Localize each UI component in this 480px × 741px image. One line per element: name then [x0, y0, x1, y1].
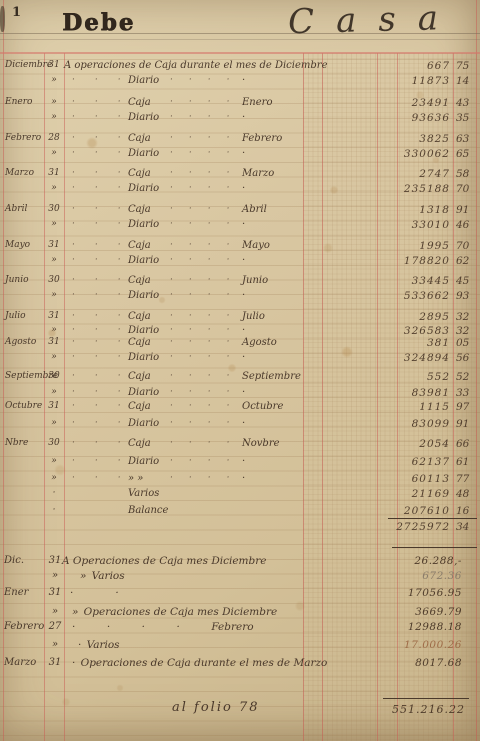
- description-cell: · Operaciones de Caja durante el mes de …: [72, 657, 387, 669]
- day-cell: »: [45, 148, 63, 158]
- day-cell: 31: [45, 240, 63, 250]
- ledger-row: ·Balance20761016: [0, 505, 480, 519]
- day-cell: ·: [45, 505, 63, 515]
- amount-cell: 3825: [383, 133, 450, 145]
- cents-cell: 32: [456, 325, 476, 337]
- ditto-marks: ····: [170, 352, 245, 362]
- ledger-row: »···Diario·····8398133: [0, 387, 480, 401]
- cents-cell: 58: [456, 168, 476, 180]
- month-cell: Junio: [5, 275, 49, 285]
- amount-cell: 17.000.26: [377, 639, 462, 651]
- day-cell: »: [45, 219, 63, 229]
- entry-keyword: Caja: [128, 337, 151, 348]
- ditto-marks: ····: [170, 325, 245, 335]
- ledger-page: 1 Debe Casa Diciembre31A operaciones de …: [0, 0, 480, 741]
- month-cell: Julio: [5, 311, 49, 321]
- cents-cell: 93: [456, 290, 476, 302]
- entry-keyword: Diario: [128, 325, 159, 336]
- amount-cell: 533662: [383, 290, 450, 302]
- month-reference: ·: [242, 112, 245, 123]
- cents-cell: 32: [456, 311, 476, 323]
- day-cell: 28: [45, 133, 63, 143]
- cents-cell: 43: [456, 97, 476, 109]
- day-cell: 30: [45, 438, 63, 448]
- entry-keyword: Caja: [128, 311, 151, 322]
- description-cell: A Operaciones de Caja mes Diciembre: [62, 555, 377, 567]
- entry-keyword: Varios: [128, 488, 159, 499]
- amount-cell: 33445: [383, 275, 450, 287]
- day-cell: ·: [45, 488, 63, 498]
- entry-keyword: Diario: [128, 255, 159, 266]
- entry-keyword: Caja: [128, 438, 151, 449]
- ledger-row: »···Diario·····33006265: [0, 148, 480, 162]
- amount-cell: 2054: [383, 438, 450, 450]
- cents-cell: 46: [456, 219, 476, 231]
- ledger-row: »···Diario·····3301046: [0, 219, 480, 233]
- cents-cell: 16: [456, 505, 476, 517]
- entry-keyword: Caja: [128, 204, 151, 215]
- cents-cell: 75: [456, 60, 476, 72]
- amount-cell: 17056.95: [377, 587, 462, 599]
- amount-cell: 1115: [383, 401, 450, 413]
- entry-keyword: Caja: [128, 133, 151, 144]
- day-cell: »: [45, 290, 63, 300]
- day-cell: »: [45, 255, 63, 265]
- day-cell: »: [45, 325, 63, 335]
- amount-cell: 8017.68: [377, 657, 462, 669]
- month-cell: Ener: [4, 587, 48, 598]
- month-reference: Mayo: [242, 240, 270, 251]
- ledger-row: Enero»···Caja····Enero2349143: [0, 97, 480, 111]
- total-row: 2725972 34: [0, 521, 480, 535]
- ledger-row: Junio30···Caja····Junio3344545: [0, 275, 480, 289]
- month-reference: Septiembre: [242, 371, 301, 382]
- description-cell: · Varios: [78, 639, 393, 651]
- ditto-marks: ····: [170, 290, 245, 300]
- cents-cell: 77: [456, 473, 476, 485]
- entry-keyword: Caja: [128, 371, 151, 382]
- account-name: Casa: [288, 0, 461, 42]
- day-cell: »: [46, 639, 64, 650]
- entry-keyword: Caja: [128, 275, 151, 286]
- cents-cell: 97: [456, 401, 476, 413]
- entry-keyword: Diario: [128, 456, 159, 467]
- ditto-marks: ····: [170, 456, 245, 466]
- description-cell: · ·: [70, 587, 385, 599]
- page-number: 1: [12, 5, 21, 20]
- day-cell: »: [45, 352, 63, 362]
- amount-cell: 93636: [383, 112, 450, 124]
- month-cell: Nbre: [5, 438, 49, 448]
- day-cell: »: [45, 112, 63, 122]
- ledger-row: Marzo31···Caja····Marzo274758: [0, 168, 480, 182]
- ditto-marks: ····: [170, 168, 245, 178]
- ditto-marks: ····: [170, 240, 245, 250]
- cents-cell: 05: [456, 337, 476, 349]
- month-cell: Dic.: [4, 555, 48, 566]
- ledger-row: Febrero28···Caja····Febrero382563: [0, 133, 480, 147]
- ditto-marks: ····: [170, 311, 245, 321]
- month-cell: Marzo: [5, 168, 49, 178]
- amount-cell: 667: [383, 60, 450, 72]
- cents-cell: 65: [456, 148, 476, 160]
- day-cell: 30: [45, 275, 63, 285]
- amount-cell: 330062: [383, 148, 450, 160]
- month-cell: Abril: [5, 204, 49, 214]
- month-cell: Febrero: [5, 133, 49, 143]
- cents-cell: 48: [456, 488, 476, 500]
- month-reference: ·: [242, 325, 245, 336]
- amount-cell: 235188: [383, 183, 450, 195]
- amount-cell: 83981: [383, 387, 450, 399]
- ditto-marks: ····: [170, 255, 245, 265]
- ditto-marks: ····: [170, 473, 245, 483]
- month-reference: ·: [242, 418, 245, 429]
- month-cell: Enero: [5, 97, 49, 107]
- month-reference: Junio: [242, 275, 268, 286]
- amount-cell: 23491: [383, 97, 450, 109]
- ledger-row: »···Diario·····53366293: [0, 290, 480, 304]
- day-cell: 31: [46, 587, 64, 598]
- cents-cell: 52: [456, 371, 476, 383]
- amount-cell: 3669.79: [377, 606, 462, 618]
- month-reference: Marzo: [242, 168, 274, 179]
- ditto-marks: ····: [170, 183, 245, 193]
- amount-cell: 326583: [383, 325, 450, 337]
- entry-row: »· Varios17.000.26: [0, 639, 480, 654]
- month-reference: ·: [242, 473, 245, 484]
- entry-keyword: Caja: [128, 240, 151, 251]
- day-cell: »: [46, 570, 64, 581]
- ditto-marks: ····: [170, 275, 245, 285]
- ledger-row: Nbre30···Caja····Novbre205466: [0, 438, 480, 452]
- amount-cell: 26.288,-: [377, 555, 462, 567]
- month-reference: Enero: [242, 97, 272, 108]
- month-reference: ·: [242, 456, 245, 467]
- ditto-marks: ····: [170, 401, 245, 411]
- entry-keyword: Caja: [128, 401, 151, 412]
- cents-cell: 14: [456, 75, 476, 87]
- ditto-marks: ····: [170, 148, 245, 158]
- entry-keyword: Diario: [128, 183, 159, 194]
- month-cell: Agosto: [5, 337, 49, 347]
- amount-cell: 60113: [383, 473, 450, 485]
- ledger-row: »···Diario·····17882062: [0, 255, 480, 269]
- cents-cell: 66: [456, 438, 476, 450]
- entry-keyword: Diario: [128, 387, 159, 398]
- header-rule: [0, 39, 480, 40]
- amount-cell: 33010: [383, 219, 450, 231]
- ditto-marks: ····: [170, 204, 245, 214]
- day-cell: 31: [45, 60, 63, 70]
- entry-keyword: Diario: [128, 418, 159, 429]
- amount-cell: 1318: [383, 204, 450, 216]
- cents-cell: 61: [456, 456, 476, 468]
- month-cell: Diciembre: [5, 60, 49, 70]
- month-cell: Mayo: [5, 240, 49, 250]
- day-cell: »: [45, 97, 63, 107]
- total-underline: [388, 518, 477, 519]
- cents-cell: 62: [456, 255, 476, 267]
- ledger-row: Diciembre31A operaciones de Caja durante…: [0, 60, 480, 74]
- day-cell: 30: [45, 371, 63, 381]
- carry-total: 551.216.22: [377, 703, 465, 716]
- ledger-row: »···Diario·····8309991: [0, 418, 480, 432]
- amount-cell: 62137: [383, 456, 450, 468]
- carry-underline: [383, 698, 469, 699]
- month-reference: Julio: [242, 311, 265, 322]
- ditto-marks: ····: [170, 75, 245, 85]
- ledger-row: »···Diario·····1187314: [0, 75, 480, 89]
- ledger-row: »···Diario·····6213761: [0, 456, 480, 470]
- amount-cell: 83099: [383, 418, 450, 430]
- month-reference: ·: [242, 75, 245, 86]
- entry-row: »» Varios672.36: [0, 570, 480, 585]
- cents-cell: 45: [456, 275, 476, 287]
- cents-cell: 70: [456, 183, 476, 195]
- amount-cell: 324894: [383, 352, 450, 364]
- ledger-row: »···Diario·····23518870: [0, 183, 480, 197]
- month-reference: Febrero: [242, 133, 282, 144]
- cents-cell: 33: [456, 387, 476, 399]
- entry-keyword: Balance: [128, 505, 168, 516]
- month-cell: Octubre: [5, 401, 49, 411]
- section-rule: [392, 547, 477, 548]
- total-cents: 34: [456, 521, 476, 533]
- month-reference: ·: [242, 290, 245, 301]
- ledger-row: Julio31···Caja····Julio289532: [0, 311, 480, 325]
- ditto-marks: ····: [170, 112, 245, 122]
- day-cell: »: [45, 418, 63, 428]
- day-cell: »: [45, 473, 63, 483]
- entry-row: Dic.31A Operaciones de Caja mes Diciembr…: [0, 555, 480, 570]
- entry-keyword: Diario: [128, 75, 159, 86]
- month-reference: ·: [242, 352, 245, 363]
- day-cell: 31: [45, 401, 63, 411]
- day-cell: 31: [45, 168, 63, 178]
- day-cell: »: [45, 387, 63, 397]
- cents-cell: 63: [456, 133, 476, 145]
- amount-cell: 1995: [383, 240, 450, 252]
- ditto-marks: ····: [170, 219, 245, 229]
- day-cell: »: [45, 456, 63, 466]
- day-cell: »: [45, 183, 63, 193]
- ledger-row: Agosto31···Caja····Agosto38105: [0, 337, 480, 351]
- entry-row: Marzo31· Operaciones de Caja durante el …: [0, 657, 480, 672]
- entry-keyword: Caja: [128, 168, 151, 179]
- folio-note: al folio 78: [172, 700, 260, 715]
- amount-cell: 207610: [383, 505, 450, 517]
- total-amount: 2725972: [383, 521, 450, 533]
- cents-cell: 56: [456, 352, 476, 364]
- entry-row: »» Operaciones de Caja mes Diciembre3669…: [0, 606, 480, 621]
- entry-keyword: Diario: [128, 352, 159, 363]
- month-reference: Agosto: [242, 337, 277, 348]
- ledger-row: ·Varios2116948: [0, 488, 480, 502]
- description-cell: » Operaciones de Caja mes Diciembre: [72, 606, 387, 618]
- cents-cell: 35: [456, 112, 476, 124]
- ditto-marks: ····: [170, 371, 245, 381]
- amount-cell: 2747: [383, 168, 450, 180]
- day-cell: »: [46, 606, 64, 617]
- ditto-marks: ····: [170, 337, 245, 347]
- ledger-row: Mayo31···Caja····Mayo199570: [0, 240, 480, 254]
- day-cell: 30: [45, 204, 63, 214]
- entry-keyword: Diario: [128, 290, 159, 301]
- month-cell: Septiembre: [5, 371, 49, 381]
- entry-keyword: » »: [128, 473, 143, 484]
- entry-keyword: Diario: [128, 112, 159, 123]
- ledger-row: Abril30···Caja····Abril131891: [0, 204, 480, 218]
- ledger-row: Octubre31···Caja····Octubre111597: [0, 401, 480, 415]
- month-reference: ·: [242, 387, 245, 398]
- entry-keyword: Diario: [128, 148, 159, 159]
- day-cell: 31: [45, 311, 63, 321]
- cents-cell: 91: [456, 418, 476, 430]
- cents-cell: 91: [456, 204, 476, 216]
- month-reference: Novbre: [242, 438, 280, 449]
- amount-cell: 12988.18: [377, 621, 462, 633]
- header-rule-red: [0, 52, 480, 54]
- month-cell: Febrero: [4, 621, 48, 632]
- amount-cell: 2895: [383, 311, 450, 323]
- entry-keyword: Diario: [128, 219, 159, 230]
- ledger-row: »···» »·····6011377: [0, 473, 480, 487]
- ledger-row: »···Diario·····32489456: [0, 352, 480, 366]
- day-cell: »: [45, 75, 63, 85]
- month-reference: ·: [242, 255, 245, 266]
- entry-row: Ener31· ·17056.95: [0, 587, 480, 602]
- month-reference: ·: [242, 183, 245, 194]
- ditto-marks: ····: [170, 438, 245, 448]
- amount-cell: 672.36: [377, 570, 462, 582]
- month-reference: Abril: [242, 204, 267, 215]
- ditto-marks: ····: [170, 133, 245, 143]
- amount-cell: 552: [383, 371, 450, 383]
- ditto-marks: ····: [170, 387, 245, 397]
- month-cell: Marzo: [4, 657, 48, 668]
- description-cell: · · · · Febrero: [72, 621, 387, 633]
- day-cell: 31: [45, 337, 63, 347]
- ledger-row: »···Diario·····9363635: [0, 112, 480, 126]
- amount-cell: 21169: [383, 488, 450, 500]
- entry-row: Febrero27· · · · Febrero12988.18: [0, 621, 480, 636]
- entry-keyword: Caja: [128, 97, 151, 108]
- amount-cell: 381: [383, 337, 450, 349]
- cents-cell: 70: [456, 240, 476, 252]
- month-reference: ·: [242, 219, 245, 230]
- day-cell: 27: [46, 621, 64, 632]
- ditto-marks: ····: [170, 418, 245, 428]
- month-reference: ·: [242, 148, 245, 159]
- description-cell: A operaciones de Caja durante el mes de …: [64, 60, 374, 71]
- ledger-row: Septiembre30···Caja····Septiembre55252: [0, 371, 480, 385]
- ledger-title: Debe: [62, 9, 135, 36]
- description-cell: » Varios: [80, 570, 395, 582]
- amount-cell: 11873: [383, 75, 450, 87]
- ditto-marks: ····: [170, 97, 245, 107]
- day-cell: 31: [46, 657, 64, 668]
- ink-smudge: [0, 6, 5, 32]
- month-reference: Octubre: [242, 401, 283, 412]
- amount-cell: 178820: [383, 255, 450, 267]
